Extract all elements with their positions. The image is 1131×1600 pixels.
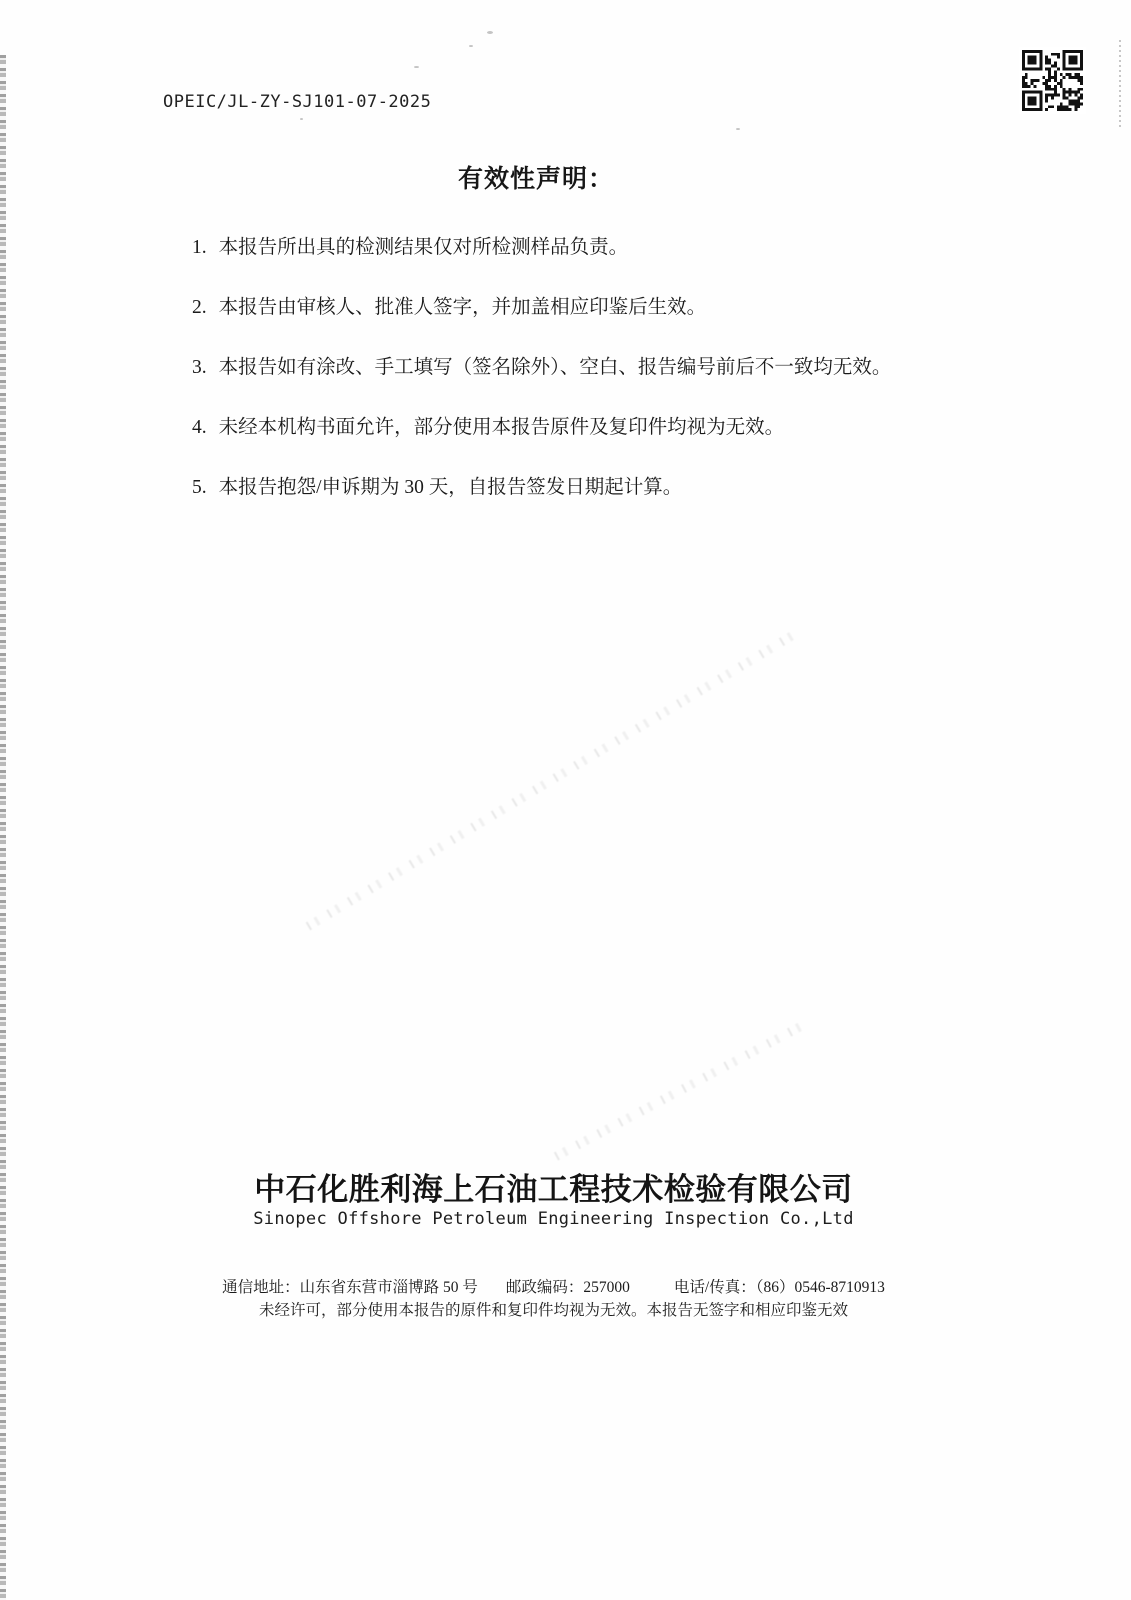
diagonal-scan-artifact (554, 1022, 804, 1160)
left-edge-scan-artifact (0, 55, 6, 1600)
item-text: 本报告由审核人、批准人签字，并加盖相应印鉴后生效。 (219, 297, 707, 318)
qr-code-icon (1018, 47, 1087, 114)
scan-speck (469, 45, 473, 47)
item-text: 未经本机构书面允许，部分使用本报告原件及复印件均视为无效。 (219, 417, 785, 438)
statement-item: 4.未经本机构书面允许，部分使用本报告原件及复印件均视为无效。 (148, 410, 940, 445)
statement-list: 1.本报告所出具的检测结果仅对所检测样品负责。 2.本报告由审核人、批准人签字，… (148, 230, 940, 530)
scan-speck (487, 31, 493, 34)
diagonal-scan-artifact (306, 628, 801, 930)
contact-line: 通信地址：山东省东营市淄博路 50 号邮政编码：257000电话/传真：（86）… (0, 1277, 1107, 1299)
item-number: 2. (192, 297, 207, 318)
disclaimer: 未经许可，部分使用本报告的原件和复印件均视为无效。本报告无签字和相应印鉴无效 (0, 1299, 1107, 1322)
company-name-en: Sinopec Offshore Petroleum Engineering I… (0, 1208, 1107, 1230)
item-number: 1. (192, 237, 207, 258)
phone-fax: 电话/传真：（86）0546-8710913 (674, 1279, 885, 1296)
item-text: 本报告所出具的检测结果仅对所检测样品负责。 (219, 237, 629, 258)
item-number: 4. (192, 417, 207, 438)
statement-item: 3.本报告如有涂改、手工填写（签名除外）、空白、报告编号前后不一致均无效。 (148, 350, 940, 385)
right-edge-scan-artifact (1119, 40, 1121, 128)
item-number: 5. (192, 477, 207, 498)
footer: 中石化胜利海上石油工程技术检验有限公司 Sinopec Offshore Pet… (0, 1172, 1131, 1322)
document-code: OPEIC/JL-ZY-SJ101-07-2025 (163, 92, 431, 112)
statement-item: 5.本报告抱怨/申诉期为 30 天，自报告签发日期起计算。 (148, 470, 940, 505)
mailing-address: 通信地址：山东省东营市淄博路 50 号 (222, 1279, 478, 1296)
statement-item: 1.本报告所出具的检测结果仅对所检测样品负责。 (148, 230, 940, 265)
item-text: 本报告抱怨/申诉期为 30 天，自报告签发日期起计算。 (219, 477, 683, 498)
statement-item: 2.本报告由审核人、批准人签字，并加盖相应印鉴后生效。 (148, 290, 940, 325)
item-text: 本报告如有涂改、手工填写（签名除外）、空白、报告编号前后不一致均无效。 (219, 357, 892, 378)
item-number: 3. (192, 357, 207, 378)
page-title: 有效性声明： (458, 159, 614, 195)
scan-speck (736, 128, 740, 130)
scan-speck (414, 66, 419, 68)
company-name-cn: 中石化胜利海上石油工程技术检验有限公司 (0, 1172, 1107, 1208)
report-page: OPEIC/JL-ZY-SJ101-07-2025 有效性声明： 1.本报告所出… (0, 0, 1131, 1600)
postal-code: 邮政编码：257000 (506, 1279, 630, 1296)
scan-speck (300, 118, 303, 120)
